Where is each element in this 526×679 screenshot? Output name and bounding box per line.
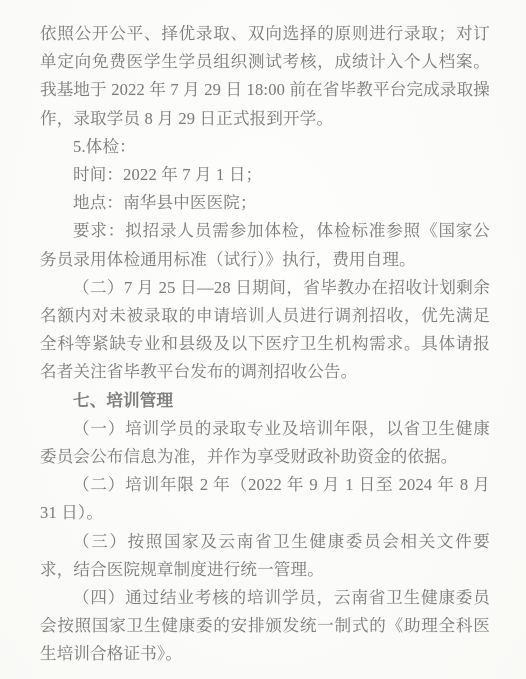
para-continuation-recruitment: 依照公开公平、择优录取、双向选择的原则进行录取；对订单定向免费医学生学员组织测试…: [40, 20, 490, 133]
para-adjustment-recruitment: （二）7 月 25 日—28 日期间，省毕教办在招收计划剩余名额内对未被录取的申…: [40, 274, 490, 387]
document-page: 依照公开公平、择优录取、双向选择的原则进行录取；对订单定向免费医学生学员组织测试…: [0, 0, 526, 679]
para-training-period: （二）培训年限 2 年（2022 年 9 月 1 日至 2024 年 8 月 3…: [40, 471, 490, 527]
para-training-major-and-duration: （一）培训学员的录取专业及培训年限，以省卫生健康委员会公布信息为准，并作为享受财…: [40, 415, 490, 471]
para-unified-management: （三）按照国家及云南省卫生健康委员会相关文件要求，结合医院规章制度进行统一管理。: [40, 528, 490, 584]
physical-exam-time: 时间：2022 年 7 月 1 日；: [40, 161, 490, 189]
physical-exam-requirement: 要求：拟招录人员需参加体检，体检标准参照《国家公务员录用体检通用标准（试行）》执…: [40, 217, 490, 273]
list-item-5-physical-exam: 5.体检：: [40, 133, 490, 161]
physical-exam-location: 地点：南华县中医医院；: [40, 189, 490, 217]
section-heading-training-management: 七、培训管理: [40, 387, 490, 415]
para-certificate: （四）通过结业考核的培训学员，云南省卫生健康委员会按照国家卫生健康委的安排颁发统…: [40, 584, 490, 669]
